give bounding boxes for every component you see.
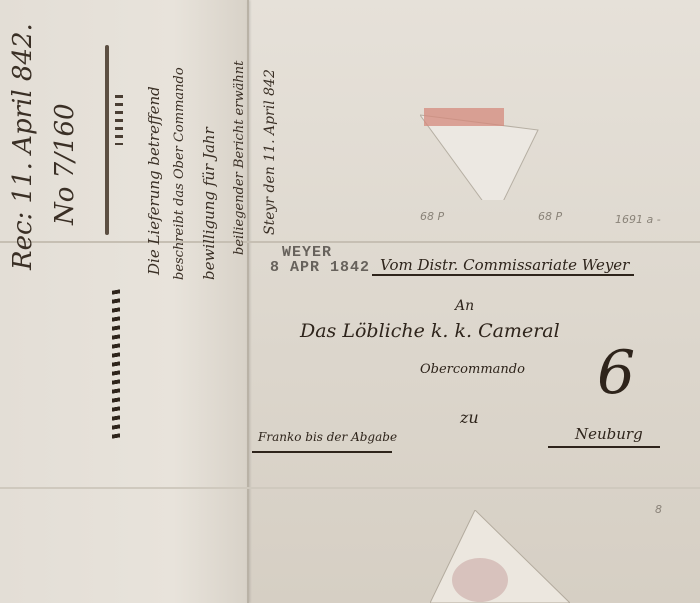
- destination-city: Neuburg: [575, 425, 643, 443]
- letter-photo: Rec: 11. April 842. No 7/160 Die Lieferu…: [0, 0, 700, 603]
- pencil-mark-3: 1691 a -: [615, 213, 661, 226]
- note-line-5: Steyr den 11. April 842: [262, 69, 278, 235]
- note-line-3: bewilligung für Jahr: [200, 127, 218, 280]
- postage-number: 6: [597, 338, 635, 408]
- hatch-mark-upper: [115, 95, 123, 145]
- address-zu: zu: [460, 408, 479, 427]
- horizontal-fold-lower: [0, 487, 700, 489]
- recipient-line-2: Obercommando: [420, 362, 525, 377]
- franking-note: Franko bis der Abgabe: [258, 430, 397, 444]
- vertical-fold: [247, 0, 249, 603]
- note-line-1: Die Lieferung betreffend: [145, 86, 163, 275]
- seal-upper: [420, 100, 530, 170]
- postmark: WEYER 8 APR 1842: [270, 245, 370, 275]
- note-line-4: beiliegender Bericht erwähnt: [232, 61, 247, 255]
- postmark-date: 8 APR 1842: [270, 260, 370, 275]
- franking-underline: [252, 451, 392, 453]
- pencil-mark-4: 8: [655, 503, 662, 516]
- recipient-line-1: Das Löbliche k. k. Cameral: [300, 320, 560, 342]
- receipt-note: Rec: 11. April 842.: [8, 23, 38, 270]
- horizontal-fold-upper: [0, 241, 700, 243]
- note-line-2: beschreibt das Ober Commando: [172, 67, 187, 280]
- city-underline: [548, 446, 660, 448]
- pencil-mark-2: 68 P: [538, 210, 562, 223]
- sender-underline: [372, 274, 634, 276]
- vertical-stroke: [105, 45, 109, 235]
- postmark-town: WEYER: [270, 245, 370, 260]
- hatch-mark: [112, 289, 120, 440]
- seal-lower: [430, 510, 540, 580]
- sender-line: Vom Distr. Commissariate Weyer: [380, 256, 629, 274]
- pencil-mark-1: 68 P: [420, 210, 444, 223]
- address-an: An: [455, 298, 474, 314]
- file-number: No 7/160: [50, 103, 80, 225]
